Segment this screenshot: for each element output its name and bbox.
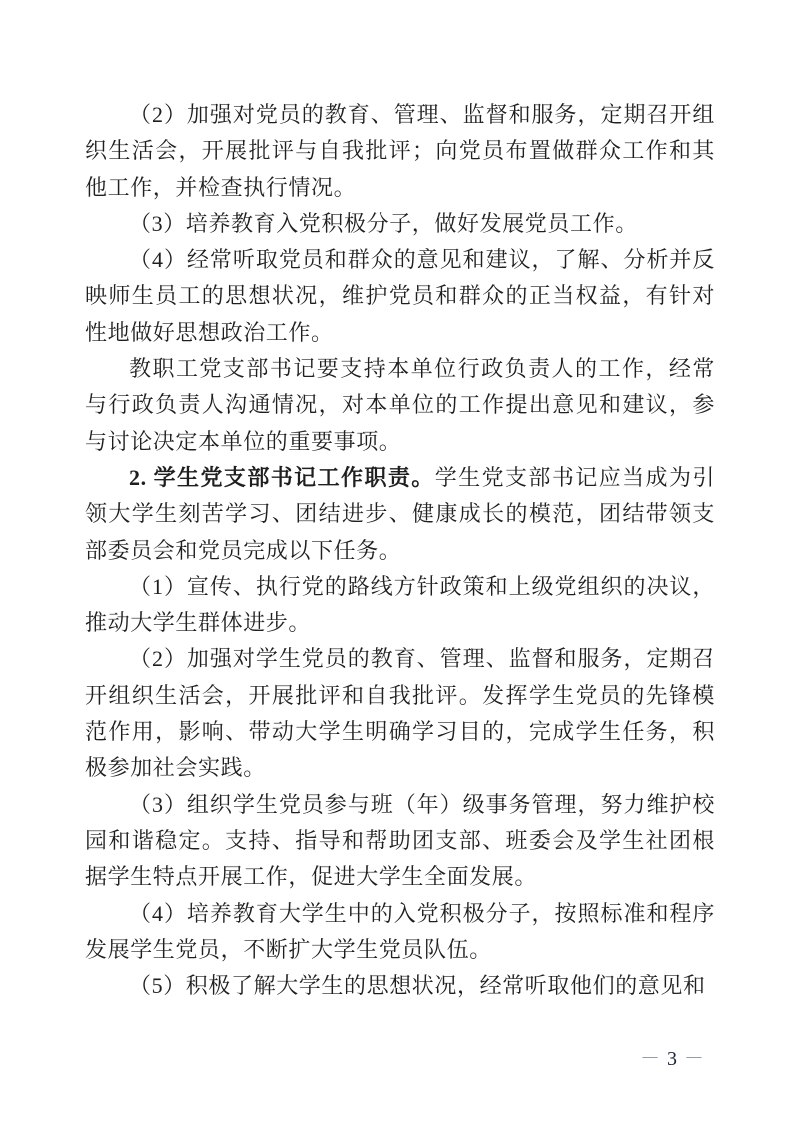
text-run: （5）积极了解大学生的思想状况，经常听取他们的意见和 — [129, 973, 706, 998]
paragraph: （4）培养教育大学生中的入党积极分子，按照标准和程序发展学生党员，不断扩大学生党… — [85, 896, 715, 969]
text-run: （3）培养教育入党积极分子，做好发展党员工作。 — [129, 211, 638, 236]
page-number-value: 3 — [661, 1048, 684, 1070]
text-run: （4）经常听取党员和群众的意见和建议，了解、分析并反映师生员工的思想状况，维护党… — [85, 247, 715, 345]
document-body: （2）加强对党员的教育、管理、监督和服务，定期召开组织生活会，开展批评与自我批评… — [85, 97, 715, 1004]
paragraph: （2）加强对学生党员的教育、管理、监督和服务，定期召开组织生活会，开展批评和自我… — [85, 641, 715, 786]
text-run: 教职工党支部书记要支持本单位行政负责人的工作，经常与行政负责人沟通情况，对本单位… — [85, 356, 715, 454]
paragraph: 2. 学生党支部书记工作职责。学生党支部书记应当成为引领大学生刻苦学习、团结进步… — [85, 460, 715, 569]
paragraph: （3）组织学生党员参与班（年）级事务管理，努力维护校园和谐稳定。支持、指导和帮助… — [85, 787, 715, 896]
paragraph: （2）加强对党员的教育、管理、监督和服务，定期召开组织生活会，开展批评与自我批评… — [85, 97, 715, 206]
heading-run: 2. 学生党支部书记工作职责。 — [129, 465, 435, 490]
paragraph: （1）宣传、执行党的路线方针政策和上级党组织的决议，推动大学生群体进步。 — [85, 569, 715, 642]
paragraph: （3）培养教育入党积极分子，做好发展党员工作。 — [85, 206, 715, 242]
page-number-dash-left: － — [640, 1048, 661, 1070]
text-run: （1）宣传、执行党的路线方针政策和上级党组织的决议，推动大学生群体进步。 — [85, 574, 715, 635]
page-number: －3－ — [640, 1046, 705, 1072]
text-run: （4）培养教育大学生中的入党积极分子，按照标准和程序发展学生党员，不断扩大学生党… — [85, 901, 715, 962]
text-run: （2）加强对党员的教育、管理、监督和服务，定期召开组织生活会，开展批评与自我批评… — [85, 102, 715, 200]
paragraph: （4）经常听取党员和群众的意见和建议，了解、分析并反映师生员工的思想状况，维护党… — [85, 242, 715, 351]
page-number-dash-right: － — [684, 1048, 705, 1070]
document-page: （2）加强对党员的教育、管理、监督和服务，定期召开组织生活会，开展批评与自我批评… — [0, 0, 799, 1131]
paragraph: 教职工党支部书记要支持本单位行政负责人的工作，经常与行政负责人沟通情况，对本单位… — [85, 351, 715, 460]
text-run: （2）加强对学生党员的教育、管理、监督和服务，定期召开组织生活会，开展批评和自我… — [85, 646, 715, 780]
paragraph: （5）积极了解大学生的思想状况，经常听取他们的意见和 — [85, 968, 715, 1004]
text-run: （3）组织学生党员参与班（年）级事务管理，努力维护校园和谐稳定。支持、指导和帮助… — [85, 792, 715, 890]
